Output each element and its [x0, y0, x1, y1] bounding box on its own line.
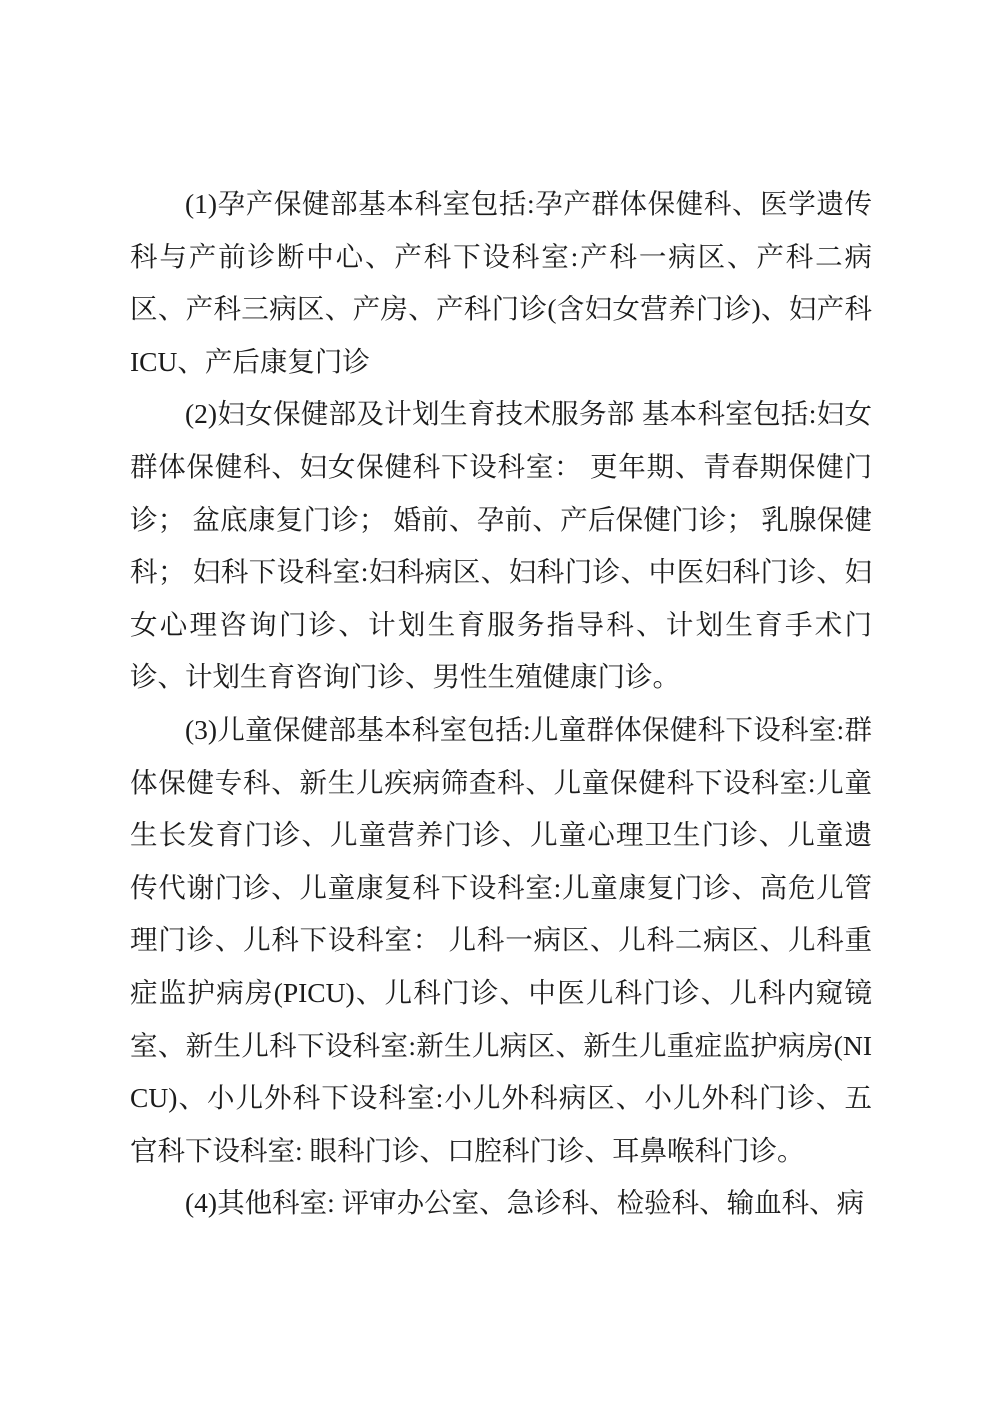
- paragraph-womens-health-dept: (2)妇女保健部及计划生育技术服务部 基本科室包括:妇女群体保健科、妇女保健科下…: [130, 388, 872, 704]
- paragraph-maternity-health-dept: (1)孕产保健部基本科室包括:孕产群体保健科、医学遗传科与产前诊断中心、产科下设…: [130, 178, 872, 388]
- paragraph-other-departments: (4)其他科室: 评审办公室、急诊科、检验科、输血科、病: [130, 1177, 872, 1230]
- paragraph-children-health-dept: (3)儿童保健部基本科室包括:儿童群体保健科下设科室:群体保健专科、新生儿疾病筛…: [130, 704, 872, 1177]
- document-page: (1)孕产保健部基本科室包括:孕产群体保健科、医学遗传科与产前诊断中心、产科下设…: [130, 178, 872, 1230]
